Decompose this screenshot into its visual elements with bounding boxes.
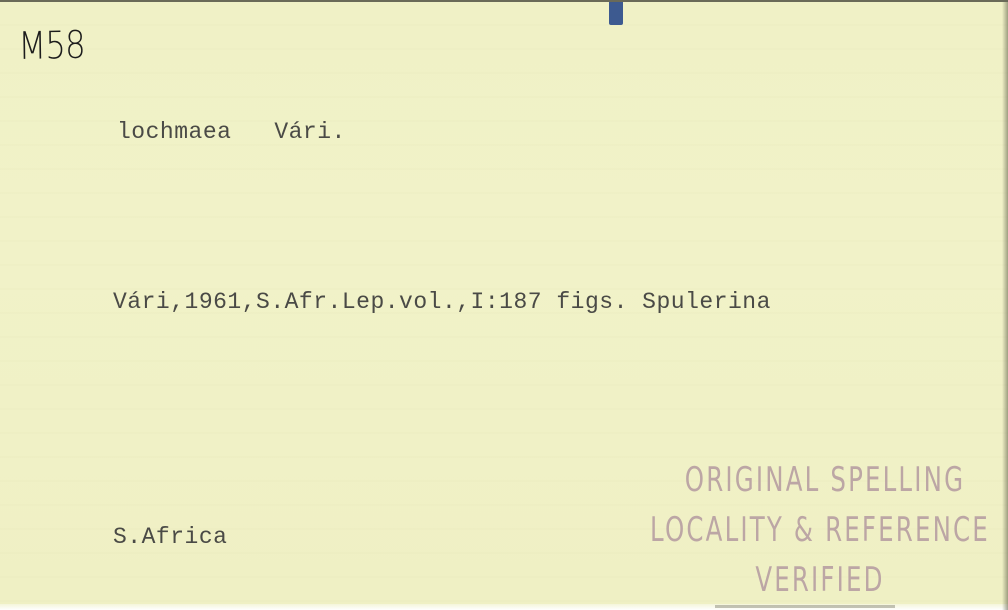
edge-mark <box>715 605 895 608</box>
card-bottom-edge <box>0 604 1008 610</box>
verification-stamp-line-1: ORIGINAL SPELLING <box>663 460 987 500</box>
locality-line: S.Africa <box>113 524 227 550</box>
index-card: M58 lochmaea Vári. Vári,1961,S.Afr.Lep.v… <box>0 0 1008 610</box>
handwritten-catalog-code: M58 <box>18 23 85 68</box>
verification-stamp-line-2: LOCALITY & REFERENCE <box>633 510 1007 550</box>
reference-citation-line: Vári,1961,S.Afr.Lep.vol.,I:187 figs. Spu… <box>113 289 771 315</box>
blue-tab-mark <box>609 2 623 25</box>
species-name-line: lochmaea Vári. <box>117 119 346 145</box>
verification-stamp-line-3: VERIFIED <box>662 560 979 600</box>
